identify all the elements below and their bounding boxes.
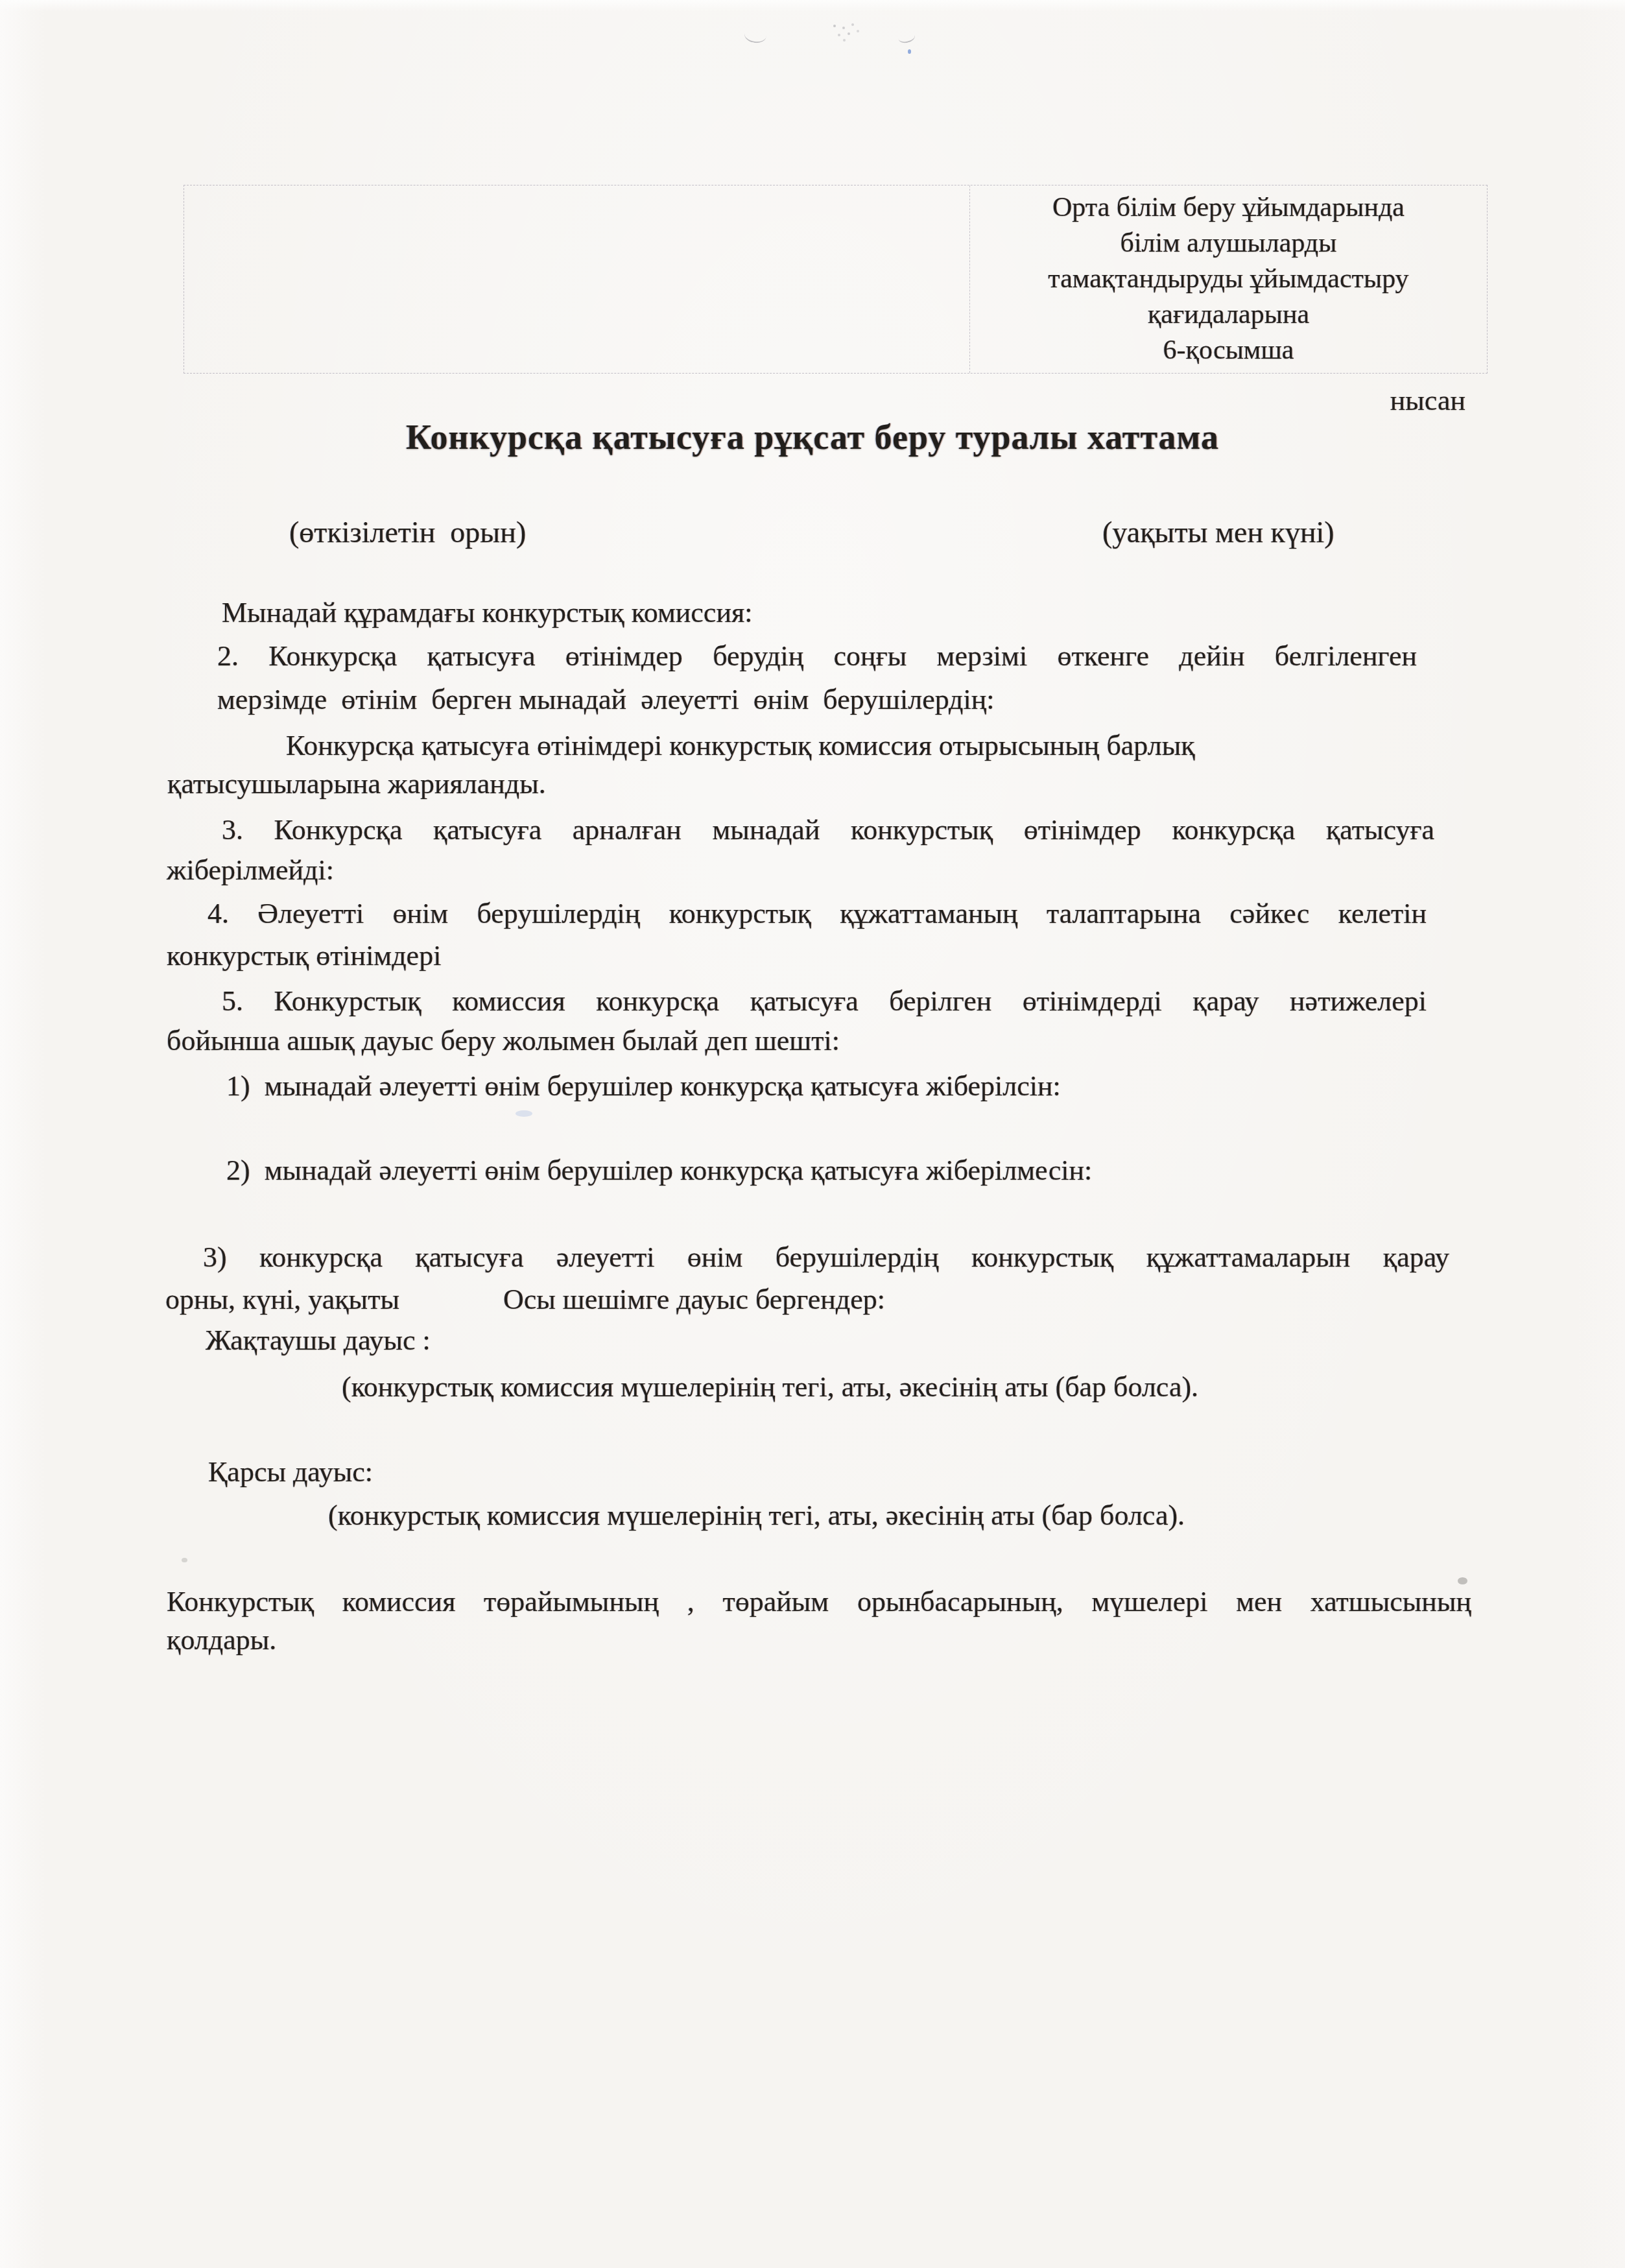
- appendix-line: Орта білім беру ұйымдарында: [970, 190, 1487, 226]
- vote-for-label: Жақтаушы дауыс :: [206, 1323, 431, 1358]
- body-p5-line2: бойынша ашық дауыс беру жолымен былай де…: [167, 1023, 840, 1058]
- body-p2-announce1: Конкурсқа қатысуға өтінімдері конкурстық…: [286, 728, 1195, 763]
- appendix-line: 6-қосымша: [970, 333, 1487, 368]
- body-p5-line1: 5. Конкурстық комиссия конкурсқа қатысуғ…: [222, 984, 1427, 1019]
- body-p3-line2: жіберілмейді:: [167, 853, 334, 888]
- scan-speck-gray: [1458, 1577, 1467, 1584]
- vote-against-label: Қарсы дауыс:: [208, 1455, 373, 1490]
- scanned-document-page: Орта білім беру ұйымдарында білім алушыл…: [0, 0, 1625, 2268]
- appendix-line: тамақтандыруды ұйымдастыру: [970, 261, 1487, 297]
- body-p3-line1: 3. Конкурсқа қатысуға арналған мынадай к…: [222, 813, 1434, 848]
- body-item3-line1: 3) конкурсқа қатысуға әлеуетті өнім беру…: [203, 1240, 1449, 1275]
- vote-for-note: (конкурстық комиссия мүшелерінің тегі, а…: [342, 1370, 1198, 1405]
- datetime-caption: (уақыты мен күні): [1102, 514, 1334, 551]
- body-item3-line2-left: орны, күні, уақыты: [165, 1283, 399, 1315]
- body-p2-announce2: қатысушыларына жарияланды.: [167, 767, 546, 802]
- signatures-line2: қолдары.: [167, 1623, 276, 1658]
- body-p4-line1: 4. Әлеуетті өнім берушілердің конкурстық…: [208, 896, 1427, 931]
- body-item3-line2: орны, күні, уақытыОсы шешімге дауыс берг…: [165, 1282, 885, 1317]
- scan-smudge-dots: [833, 25, 836, 27]
- scan-smudge-blue: [516, 1110, 532, 1117]
- scan-smudge-arc: [743, 26, 767, 44]
- body-item1: 1) мынадай әлеуетті өнім берушілер конку…: [226, 1069, 1061, 1104]
- body-item2: 2) мынадай әлеуетті өнім берушілер конку…: [226, 1153, 1092, 1188]
- place-caption: (өткізілетін орын): [289, 514, 526, 551]
- scan-speck-blue: [908, 49, 911, 54]
- vote-against-note: (конкурстық комиссия мүшелерінің тегі, а…: [328, 1498, 1185, 1533]
- body-p2-line1: 2. Конкурсқа қатысуға өтінімдер берудің …: [217, 639, 1417, 674]
- body-p4-line2: конкурстық өтінімдері: [167, 938, 441, 973]
- appendix-reference-text: Орта білім беру ұйымдарында білім алушыл…: [970, 185, 1487, 373]
- appendix-table-empty-cell: [184, 185, 970, 373]
- appendix-line: қағидаларына: [970, 297, 1487, 333]
- signatures-line1: Конкурстық комиссия төрайымының , төрайы…: [167, 1584, 1471, 1619]
- body-commission-intro: Мынадай құрамдағы конкурстық комиссия:: [222, 595, 752, 630]
- scan-smudge-arc: [897, 29, 916, 44]
- scan-speck-gray: [182, 1558, 187, 1562]
- page-title: Конкурсқа қатысуға рұқсат беру туралы ха…: [0, 417, 1625, 457]
- appendix-reference-table: Орта білім беру ұйымдарында білім алушыл…: [184, 185, 1488, 374]
- body-p2-line2: мерзімде өтінім берген мынадай әлеуетті …: [217, 682, 994, 717]
- body-voters-heading: Осы шешімге дауыс бергендер:: [399, 1283, 885, 1315]
- form-label: нысан: [1167, 384, 1465, 417]
- appendix-line: білім алушыларды: [970, 226, 1487, 261]
